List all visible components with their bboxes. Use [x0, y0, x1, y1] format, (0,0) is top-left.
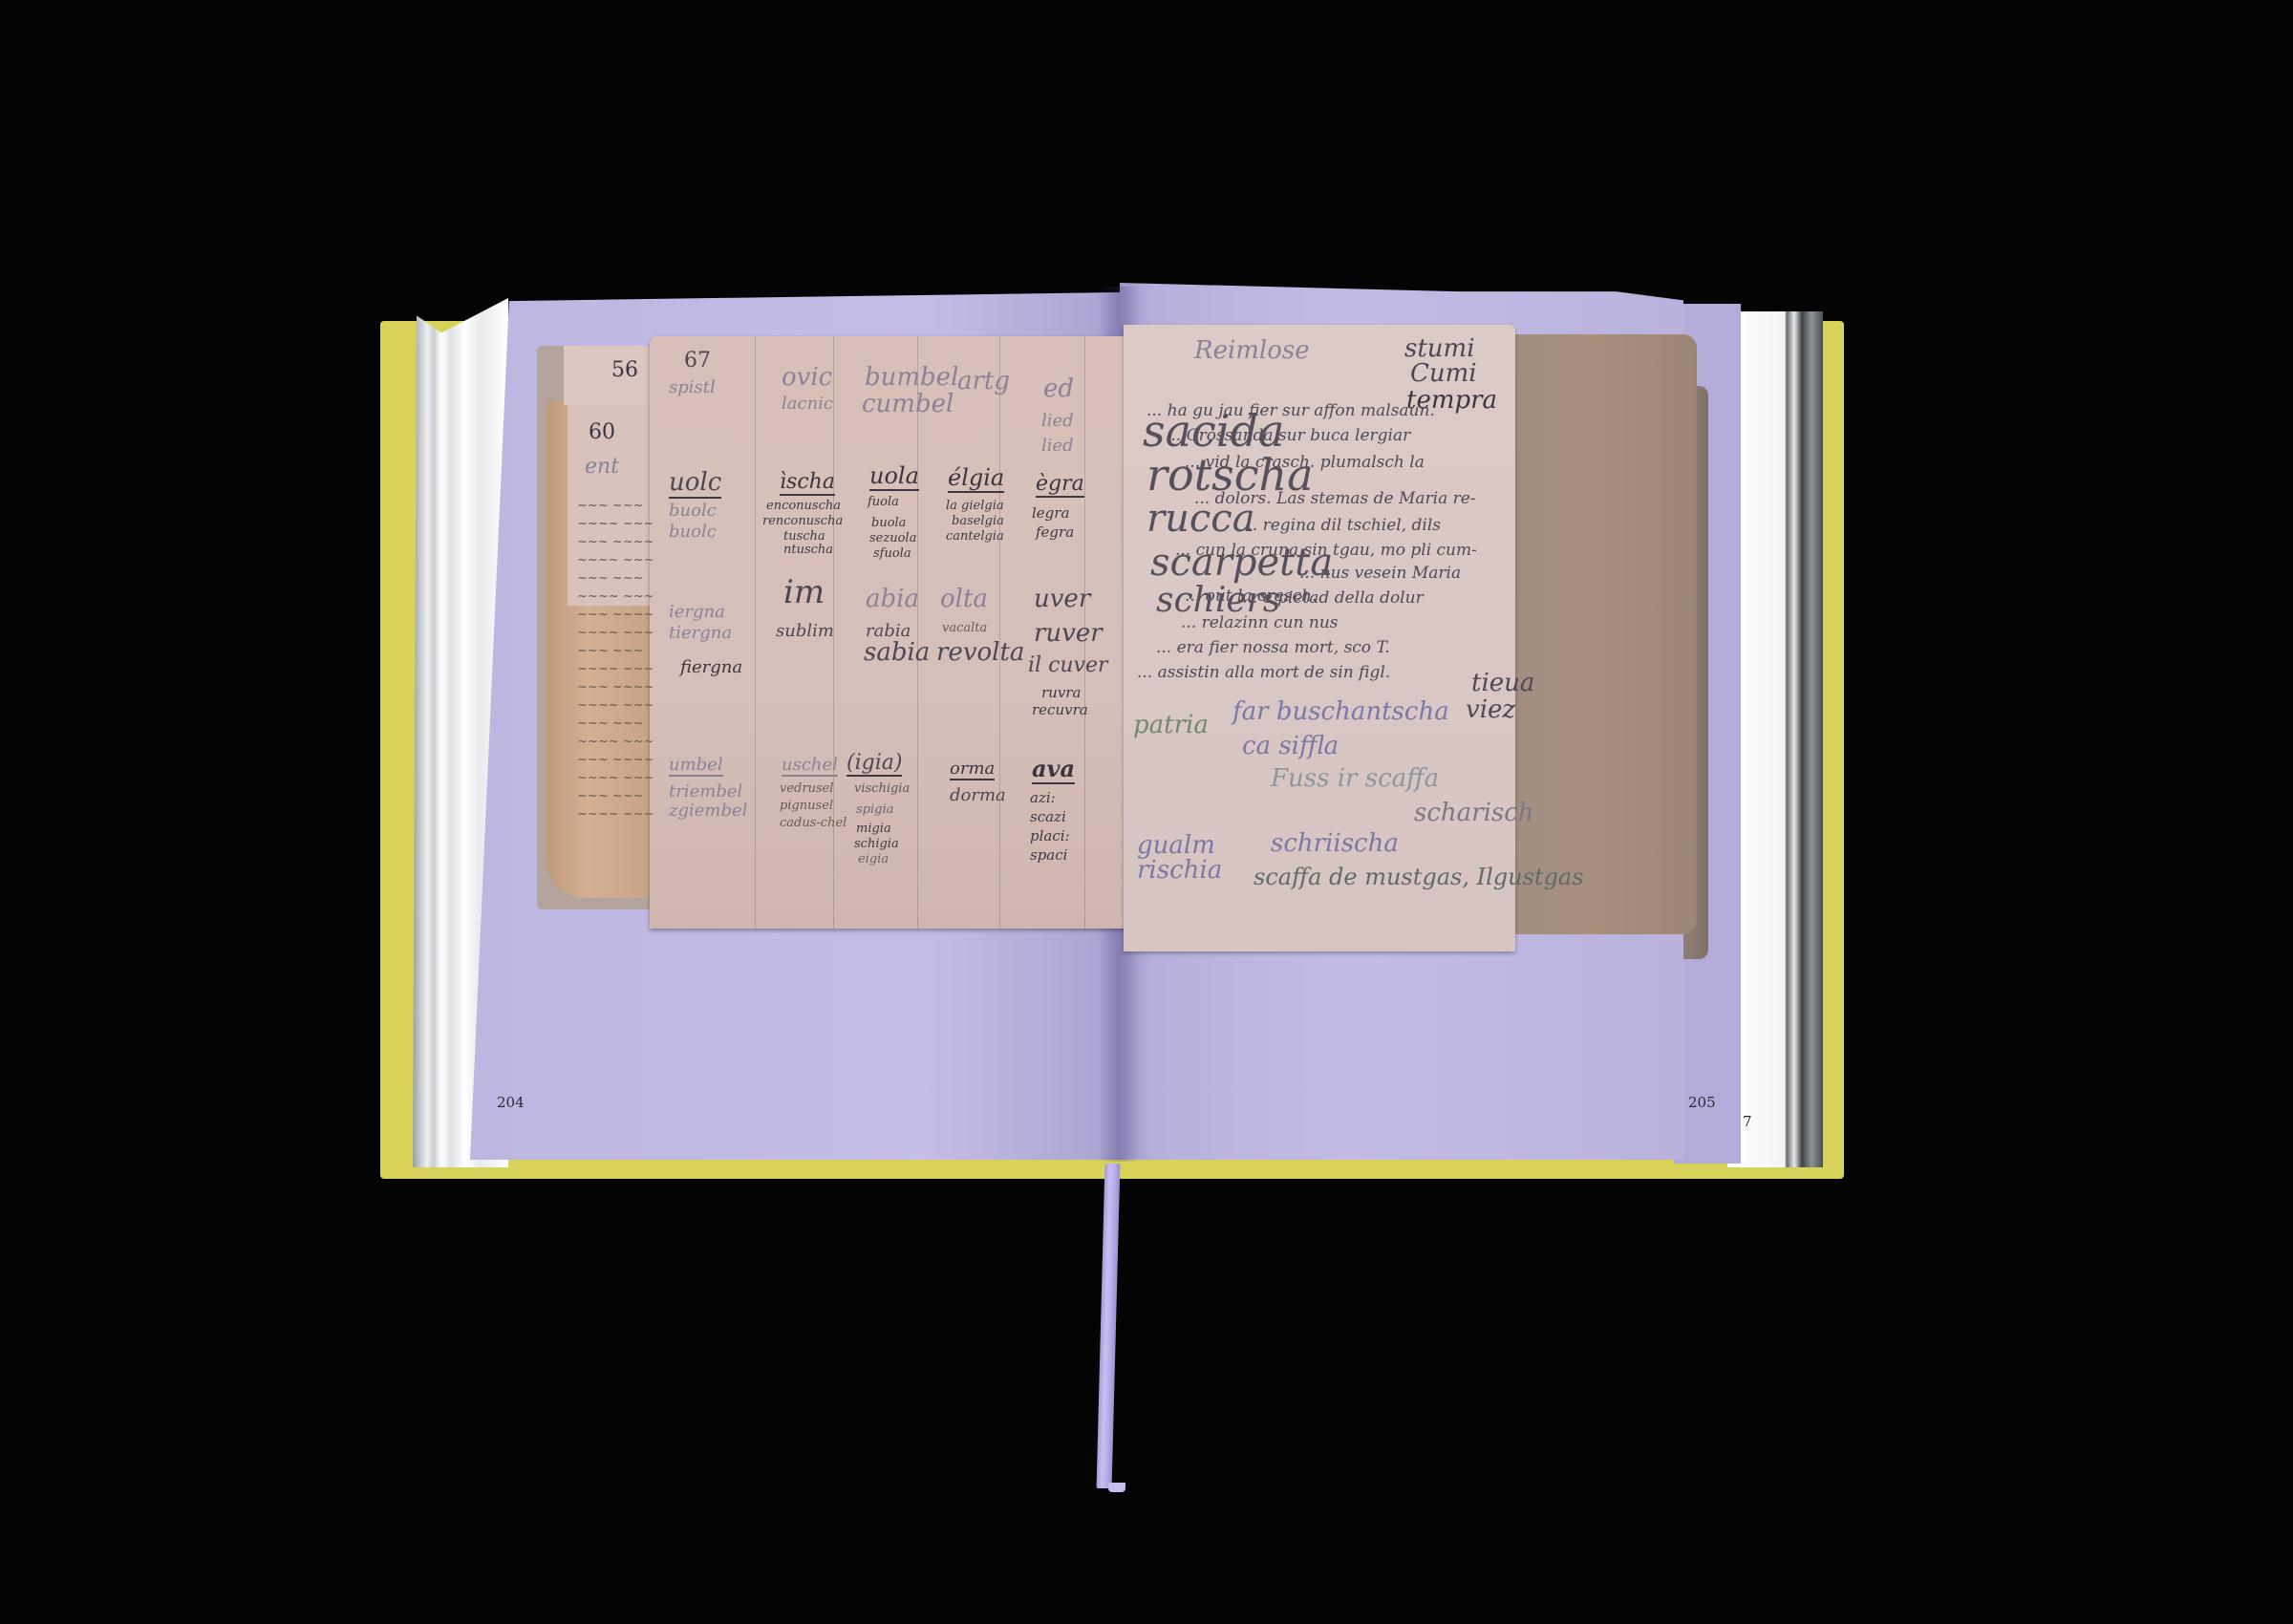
word-list-item: schriischa — [1271, 829, 1399, 858]
notebook-word: artg — [957, 367, 1010, 395]
notebook-header-left: Reimlose — [1194, 336, 1310, 365]
notebook-word: sfuola — [873, 546, 911, 561]
notebook-word: enconuscha — [766, 499, 841, 513]
notebook-word: spistl — [669, 377, 716, 397]
notebook-word: élgia — [948, 464, 1004, 493]
notebook-word: lacnic — [782, 394, 833, 414]
notebook-word: placi: — [1030, 827, 1070, 844]
notebook-word: zgiembel — [669, 801, 747, 821]
notebook-word: bumbel — [865, 363, 958, 392]
notebook-word: migia — [856, 822, 891, 836]
page-number-right: 205 — [1688, 1094, 1716, 1111]
notebook-word: ntuscha — [783, 543, 833, 557]
notebook-word: ava — [1032, 755, 1075, 784]
notebook-word: ovic — [782, 363, 832, 392]
notebook-right-cover — [1490, 334, 1697, 934]
margin-notes: ~~~ ~~~~~~~ ~~~~~~ ~~~~~~~~ ~~~~~~ ~~~~~… — [577, 497, 654, 823]
notebook-word: (igia) — [846, 751, 902, 777]
notebook-word: pignusel — [780, 799, 833, 813]
notebook-word: triembel — [669, 781, 742, 801]
next-page-number-fragment: 7 — [1743, 1113, 1752, 1130]
notebook-word: dorma — [950, 785, 1006, 805]
notebook-word: tuscha — [783, 529, 825, 544]
prose-line: ... assistin alla mort de sin figl. — [1137, 663, 1390, 682]
notebook-word: buola — [871, 516, 906, 530]
notebook-word: iergna — [669, 602, 725, 622]
notebook-word: abia — [866, 585, 919, 613]
notebook-word: scazi — [1030, 808, 1066, 825]
overwritten-word: rucca — [1146, 497, 1255, 541]
notebook-word: olta — [940, 585, 988, 613]
notebook-word: sezuola — [869, 531, 916, 545]
notebook-word: orma — [950, 759, 995, 780]
overwritten-word: scarpetta — [1150, 541, 1333, 585]
word-list-item: viez — [1466, 695, 1515, 724]
notebook-word: ìscha — [780, 470, 835, 496]
prose-line: ... era fier nossa mort, sco T. — [1156, 638, 1390, 657]
notebook-word: azi: — [1030, 789, 1056, 806]
word-list-item: patria — [1133, 711, 1209, 739]
notebook-word: buolc — [669, 522, 717, 542]
notebook-word: revolta — [936, 638, 1024, 667]
notebook-word: buolc — [669, 501, 717, 521]
word-list-item: Fuss ir scaffa — [1271, 764, 1439, 793]
notebook-word: il cuver — [1028, 653, 1108, 677]
notebook-word: ègra — [1036, 472, 1084, 498]
word-list-item: scharisch — [1414, 799, 1534, 827]
notebook-header-right: Cumi — [1410, 359, 1477, 388]
notebook-word: fuola — [868, 495, 899, 509]
tab-number: 56 — [611, 358, 638, 382]
notebook-word: baselgia — [952, 514, 1004, 528]
notebook-word: vedrusel — [780, 781, 833, 796]
notebook-word: im — [783, 573, 825, 611]
notebook-word: fiergna — [680, 657, 742, 677]
notebook-word: uschel — [782, 755, 838, 777]
notebook-word: vischigia — [854, 781, 910, 796]
notebook-word: cantelgia — [946, 529, 1004, 544]
notebook-word: uver — [1034, 585, 1090, 613]
notebook-word: ruver — [1034, 619, 1103, 648]
notebook-word: renconuscha — [762, 514, 843, 528]
notebook-word: legra — [1032, 504, 1069, 522]
notebook-word: eigia — [858, 852, 889, 866]
notebook-word: spigia — [856, 802, 893, 817]
notebook-word: tiergna — [669, 623, 732, 643]
ribbon-frayed-end — [1108, 1483, 1125, 1492]
right-page-edges — [1727, 311, 1823, 1167]
word-list-item: ca siffla — [1242, 732, 1339, 760]
notebook-word: uola — [869, 462, 919, 491]
notebook-word: fegra — [1036, 524, 1074, 541]
notebook-word: spaci — [1030, 846, 1067, 864]
margin-word: ent — [585, 455, 619, 479]
ribbon-bookmark[interactable] — [1097, 1164, 1121, 1488]
word-list-item: tieua — [1471, 669, 1534, 697]
notebook-word: recuvra — [1032, 701, 1088, 718]
word-list-item: rischia — [1137, 856, 1222, 885]
tab-number: 67 — [684, 349, 711, 373]
notebook-word: cadus-chel — [780, 816, 846, 830]
notebook-word: schigia — [854, 837, 899, 851]
notebook-word: ruvra — [1041, 684, 1081, 701]
page-number-left: 204 — [497, 1094, 525, 1111]
word-list-item: scaffa de mustgas, Ilgustgas — [1254, 864, 1584, 890]
notebook-word: umbel — [669, 755, 723, 777]
notebook-word: ed — [1043, 374, 1074, 403]
overwritten-word: schiers — [1156, 581, 1280, 620]
notebook-word: vacalta — [942, 621, 987, 635]
notebook-word: la gielgia — [946, 499, 1004, 513]
notebook-word: sublim — [776, 621, 834, 641]
word-list-item: far buschantscha — [1232, 697, 1449, 726]
overwritten-word: rotscha — [1146, 449, 1314, 501]
prose-line: ... regina dil tschiel, dils — [1242, 516, 1441, 535]
notebook-word: lied — [1041, 411, 1074, 431]
notebook-word: uolc — [669, 468, 721, 499]
tab-number: 60 — [589, 420, 615, 444]
notebook-word: sabia — [864, 638, 930, 667]
notebook-word: cumbel — [862, 390, 954, 418]
notebook-word: lied — [1041, 436, 1074, 456]
